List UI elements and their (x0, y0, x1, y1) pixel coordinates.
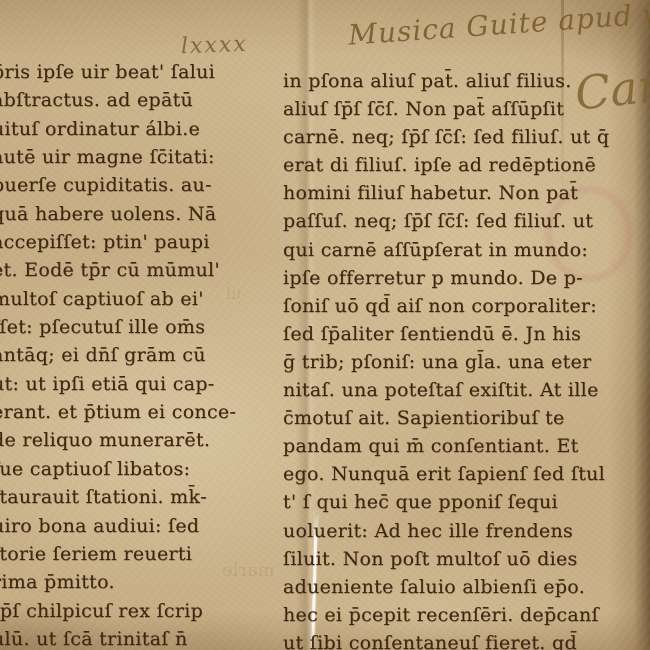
text-line: ſed ſp̄aliter ſentiendū ē. Jn his (283, 320, 648, 348)
text-line: ſiluit. Non poſt multoſ uō dies (283, 545, 648, 573)
text-line: puerſe cupiditatis. au- (0, 171, 254, 199)
text-line: ulū. ut ſcā trinitaſ n̄ (0, 625, 254, 650)
text-line: multoſ captiuoſ ab ei' (0, 285, 254, 313)
text-line: ipſe offerretur p mundo. De p- (283, 264, 648, 292)
text-line: adueniente ſaluio albienſi ep̄o. (283, 573, 648, 601)
text-line: ḡ trib; pſoniſ: una gl̄a. una eter (283, 348, 648, 376)
text-line: ut: ut ipſi etiā qui cap- (0, 370, 254, 398)
text-line: erat di filiuſ. ipſe ad redēptionē (283, 151, 648, 179)
text-line: ſtaurauit ſtationi. mk̄- (0, 483, 254, 511)
text-line: p̄ris ipſe uir beat' ſalui (0, 58, 254, 86)
text-line: uiro bona audiui: ſed (0, 512, 254, 540)
text-line: ſſet: pſecutuſ ille om̄s (0, 313, 254, 341)
text-line: tp̄ſ chilpicuſ rex ſcrip (0, 597, 254, 625)
text-line: pandam qui m̄ conſentiant. Et (283, 432, 648, 460)
text-line: uoluerit: Ad hec ille frendens (283, 517, 648, 545)
text-line: hec ei p̄cepit recenſēri. dep̄canſ (283, 601, 648, 629)
text-line: quā habere uolens. Nā (0, 200, 254, 228)
top-margin-inscription: Musica Guite apud vc : : (347, 0, 650, 52)
text-line: paſſuſ. neq; ſp̄ſ ſc̄ſ: ſed filiuſ. ut (283, 207, 648, 235)
text-line: ſue captiuoſ libatos: (0, 455, 254, 483)
text-line: ut ſibi conſentaneuſ fieret. qd̄ (283, 629, 648, 650)
text-line: rima p̄mitto. (0, 568, 254, 596)
text-line: antāq; ei dn̄ſ grām cū (0, 341, 254, 369)
left-text-column: p̄ris ipſe uir beat' ſaluiabſtractus. ad… (0, 58, 254, 650)
text-line: carnē. neq; ſp̄ſ ſc̄ſ: ſed filiuſ. ut q̄ (283, 123, 648, 151)
text-line: aliuſ ſp̄ſ ſc̄ſ. Non pat̄ aſſūpſit (283, 95, 648, 123)
text-line: ſoniſ uō qd̄ aiſ non corporaliter: (283, 292, 648, 320)
text-line: qui carnē aſſūpſerat in mundo: (283, 236, 648, 264)
manuscript-page: lxxxx Musica Guite apud vc : : Can marle… (0, 0, 650, 650)
text-line: de reliquo munerarēt. (0, 426, 254, 454)
text-line: ego. Nunquā erit ſapienſ ſed ſtul (283, 460, 648, 488)
text-line: accepiſſet: ptin' paupi (0, 228, 254, 256)
text-line: homini filiuſ habetur. Non pat̄ (283, 179, 648, 207)
text-line: et. Eodē tp̄r cū mūmul' (0, 256, 254, 284)
folio-number: lxxxx (181, 32, 249, 59)
text-line: c̄motuſ ait. Sapientioribuſ te (283, 404, 648, 432)
text-line: ſtorie ſeriem reuerti (0, 540, 254, 568)
text-line: erant. et p̄tium ei conce- (0, 398, 254, 426)
text-line: abſtractus. ad epātū (0, 86, 254, 114)
right-text-column: in pſona aliuſ pat̄. aliuſ filius.aliuſ … (283, 67, 648, 650)
text-line: nitaſ. una poteſtaſ exiſtit. At ille (283, 376, 648, 404)
text-line: autē uir magne ſc̄itati: (0, 143, 254, 171)
text-line: uituſ ordinatur álbi.e (0, 115, 254, 143)
text-line: t' ſ qui hec̄ que pponiſ ſequi (283, 488, 648, 516)
text-line: in pſona aliuſ pat̄. aliuſ filius. (283, 67, 648, 95)
